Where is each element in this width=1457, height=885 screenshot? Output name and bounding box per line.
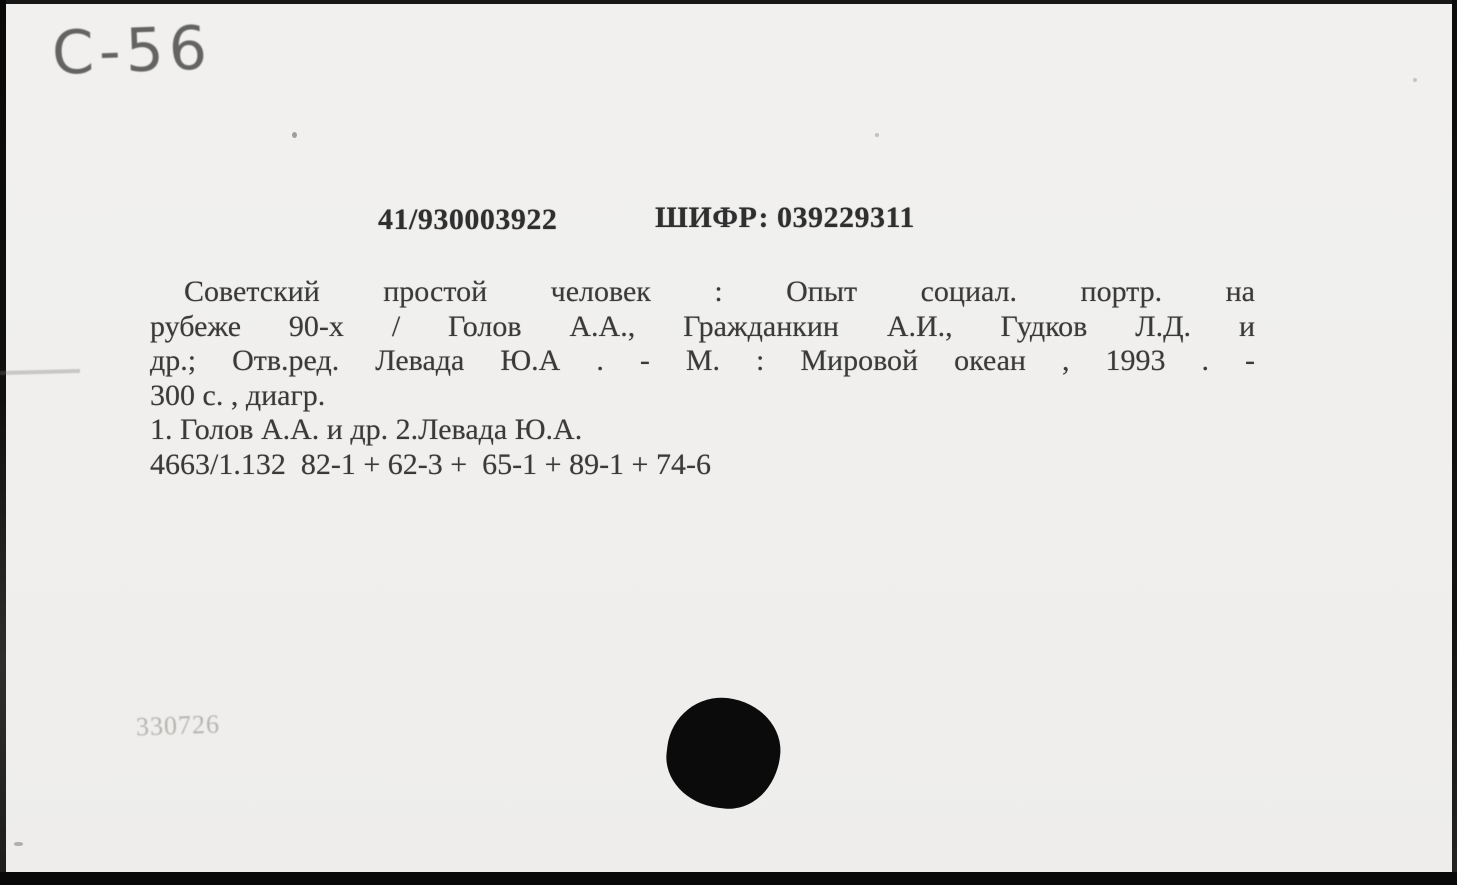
bib-collation-line: 300 с. , диагр. bbox=[150, 379, 1255, 414]
faded-inventory-stamp: 330726 bbox=[136, 710, 221, 743]
scan-speck bbox=[292, 132, 297, 138]
scan-edge-bottom bbox=[0, 872, 1457, 885]
scan-edge-left bbox=[0, 0, 6, 885]
bib-added-entries-line: 1. Голов А.А. и др. 2.Левада Ю.А. bbox=[150, 413, 1255, 448]
library-catalog-card-scan: С-56 41/930003922 ШИФР: 039229311 Советс… bbox=[0, 0, 1457, 885]
scan-edge-top bbox=[0, 0, 1457, 4]
cipher-number: ШИФР: 039229311 bbox=[655, 201, 915, 235]
bib-imprint-line: др.; Отв.ред. Левада Ю.А . - М. : Мирово… bbox=[150, 344, 1255, 379]
scan-speck bbox=[875, 133, 879, 137]
scan-edge-right bbox=[1452, 0, 1457, 885]
accession-number: 41/930003922 bbox=[378, 203, 557, 237]
bib-authors-line: рубеже 90-х / Голов А.А., Гражданкин А.И… bbox=[150, 310, 1255, 345]
bibliographic-entry: Советский простой человек : Опыт социал.… bbox=[150, 275, 1255, 483]
bib-index-codes-line: 4663/1.132 82-1 + 62-3 + 65-1 + 89-1 + 7… bbox=[150, 448, 1255, 483]
punch-hole-dot bbox=[661, 692, 787, 815]
bib-title-line: Советский простой человек : Опыт социал.… bbox=[150, 275, 1255, 310]
scan-speck bbox=[1413, 78, 1417, 82]
pencil-mark bbox=[0, 369, 80, 375]
scan-speck bbox=[14, 842, 23, 846]
handwritten-class-mark: С-56 bbox=[51, 13, 213, 89]
